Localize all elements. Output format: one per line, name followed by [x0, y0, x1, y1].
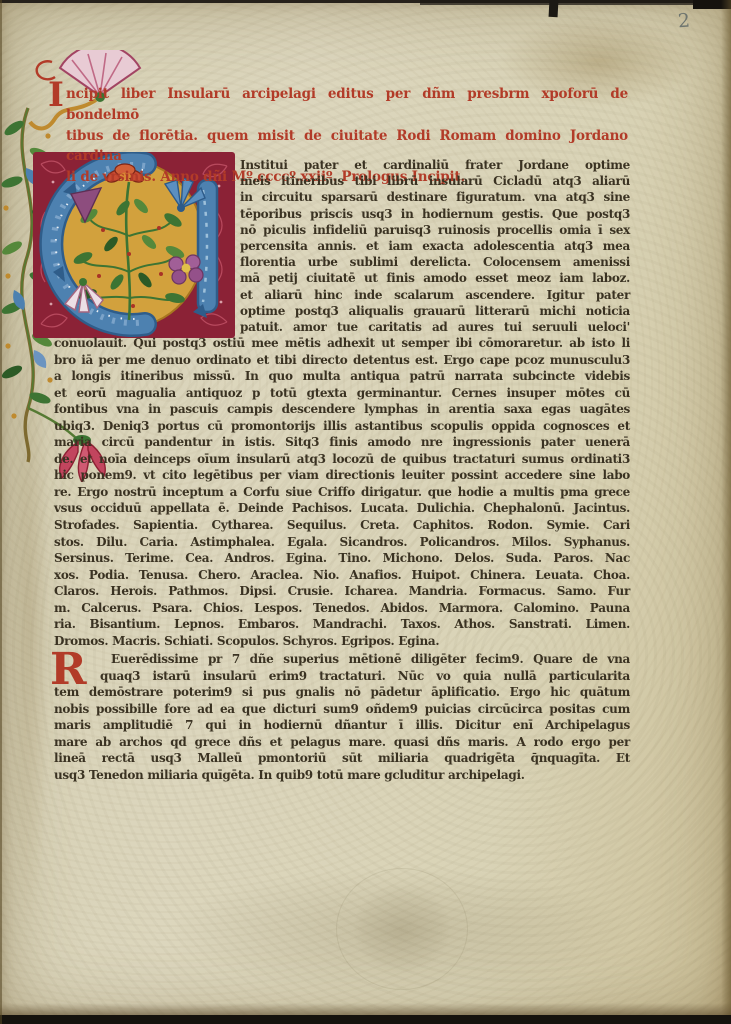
manuscript-page: 2 [0, 0, 731, 1024]
text-line: Strofades. Sapientia. Cytharea. Sequilus… [54, 517, 630, 534]
page-edge-top-dark [420, 0, 731, 5]
text-line: florentia urbe sublimi derelicta. Coloce… [240, 254, 630, 270]
text-line: bro iā per me denuo ordinato et tibi dir… [54, 352, 630, 369]
text-line: ubiq3. Deniq3 portus cū promontorijs ill… [54, 418, 630, 435]
prologue-text-full: conuolauit. Qui postq3 ostiū mee mētis a… [54, 335, 630, 649]
page-edge-notch [549, 0, 559, 17]
text-line: meis itineribus tibi librū insularū Cicl… [240, 173, 630, 189]
text-line: conuolauit. Qui postq3 ostiū mee mētis a… [54, 335, 630, 352]
text-line: hic ponem9. vt cito legētibus per viam d… [54, 467, 630, 484]
text-line: Dromos. Macris. Schiati. Scopulos. Schyr… [54, 633, 630, 650]
text-line: lineā rectā usq3 Malleū pmontoriū sūt mi… [54, 750, 630, 767]
text-line: fontibus vna in pascuis campis descender… [54, 401, 630, 418]
text-line: tēporibus priscis usq3 in hodiernum gest… [240, 206, 630, 222]
text-line: Claros. Herois. Pathmos. Dipsi. Crusie. … [54, 583, 630, 600]
text-line: nobis possibille fore ad ea que dicturi … [54, 701, 630, 718]
text-line: patuit. amor tue caritatis ad aures tui … [240, 319, 630, 335]
page-edge-bottom [0, 1015, 731, 1024]
text-line: Institui pater et cardinaliū frater Jord… [240, 157, 630, 173]
parchment-stain [336, 868, 468, 990]
text-line: stos. Dilu. Caria. Astimphalea. Egala. S… [54, 534, 630, 551]
page-edge-bottom-shadow [0, 1003, 731, 1015]
text-line: usq3 Tenedon miliaria quīgēta. In quib9 … [54, 767, 630, 784]
rubric-line: ncipit liber Insularū arcipelagi editus … [66, 84, 628, 126]
page-edge-right [721, 0, 731, 1024]
text-line: re. Ergo nostrū inceptum a Corfu siue Cr… [54, 484, 630, 501]
text-line: in circuitu sparsarū destinare figuratum… [240, 189, 630, 205]
text-line: mā petij ciuitatē ut finis amodo esset m… [240, 270, 630, 286]
second-paragraph-text: Euerēdissime pr 7 dñe superius mētionē d… [54, 651, 630, 783]
text-line: m. Calcerus. Psara. Chios. Lespos. Tened… [54, 600, 630, 617]
text-line: a longis itineribus missū. In quo multa … [54, 368, 630, 385]
text-line: vsus occiduū appellata ē. Deinde Pachiso… [54, 500, 630, 517]
text-line: quaq3 istarū insularū erim9 tractaturi. … [54, 668, 630, 685]
text-line: tem demōstrare poterim9 si pus gnalis nō… [54, 684, 630, 701]
text-line: Sersinus. Terime. Cea. Andros. Egina. Ti… [54, 550, 630, 567]
text-line: maria circū pandentur in istis. Sitq3 fi… [54, 434, 630, 451]
prologue-text-indented: Institui pater et cardinaliū frater Jord… [240, 157, 630, 335]
text-line: ria. Bisantium. Lepnos. Embaros. Mandrac… [54, 616, 630, 633]
text-line: maris amplitudiē 7 qui in hodiernū dñant… [54, 717, 630, 734]
text-line: xos. Podia. Tenusa. Chero. Araclea. Nio.… [54, 567, 630, 584]
text-line: et eorū magualia antiquoz p totū gtexta … [54, 385, 630, 402]
text-line: de. et noīa deinceps oīum insularū atq3 … [54, 451, 630, 468]
text-line: Euerēdissime pr 7 dñe superius mētionē d… [54, 651, 630, 668]
text-line: optime postq3 aliqualis grauarū litterar… [240, 303, 630, 319]
text-line: nō piculis infideliū paruisq3 ruinosis p… [240, 222, 630, 238]
text-line: et aliarū hinc inde scalarum ascendere. … [240, 287, 630, 303]
text-line: mare ab archos qd grece dñs et pelagus m… [54, 734, 630, 751]
rubric-initial-letter: I [48, 78, 64, 112]
folio-number: 2 [677, 10, 691, 33]
text-line: percensita annis. et iam exacta adolesce… [240, 238, 630, 254]
